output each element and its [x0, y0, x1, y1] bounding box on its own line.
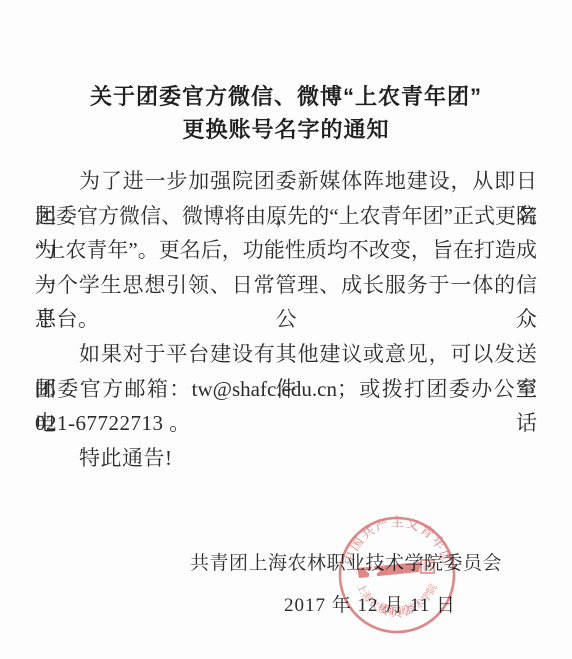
title-line-2: 更换账号名字的通知 — [0, 113, 572, 146]
title-line-1: 关于团委官方微信、微博“上农青年团” — [0, 80, 572, 113]
closing-line: 特此通告! — [35, 441, 537, 476]
document-body: 为了进一步加强院团委新媒体阵地建设，从即日起，院 团委官方微信、微博将由原先的“… — [35, 164, 537, 475]
body-line: 为了进一步加强院团委新媒体阵地建设，从即日起，院 — [35, 164, 537, 199]
body-line: 团委官方微信、微博将由原先的“上农青年团”正式更名为 — [35, 199, 537, 234]
body-line: 如果对于平台建设有其他建议或意见，可以发送邮件至 — [35, 337, 537, 372]
notice-document: 关于团委官方微信、微博“上农青年团” 更换账号名字的通知 为了进一步加强院团委新… — [0, 0, 572, 659]
document-title: 关于团委官方微信、微博“上农青年团” 更换账号名字的通知 — [0, 80, 572, 146]
date-line: 2017 年 12 月 11 日 — [284, 590, 456, 617]
body-line: 一个学生思想引领、日常管理、成长服务于一体的信息公众 — [35, 268, 537, 303]
signature-line: 共青团上海农林职业技术学院委员会 — [190, 548, 502, 575]
official-seal-stamp: 中国共产主义青年团 上海农林职业技术学院 委员会 团 — [333, 508, 465, 650]
body-line: “上农青年”。更名后，功能性质均不改变，旨在打造成为 — [35, 233, 537, 268]
body-line-with-email: 团委官方邮箱：tw@shafc.edu.cn；或拨打团委办公室电话 — [35, 372, 537, 407]
